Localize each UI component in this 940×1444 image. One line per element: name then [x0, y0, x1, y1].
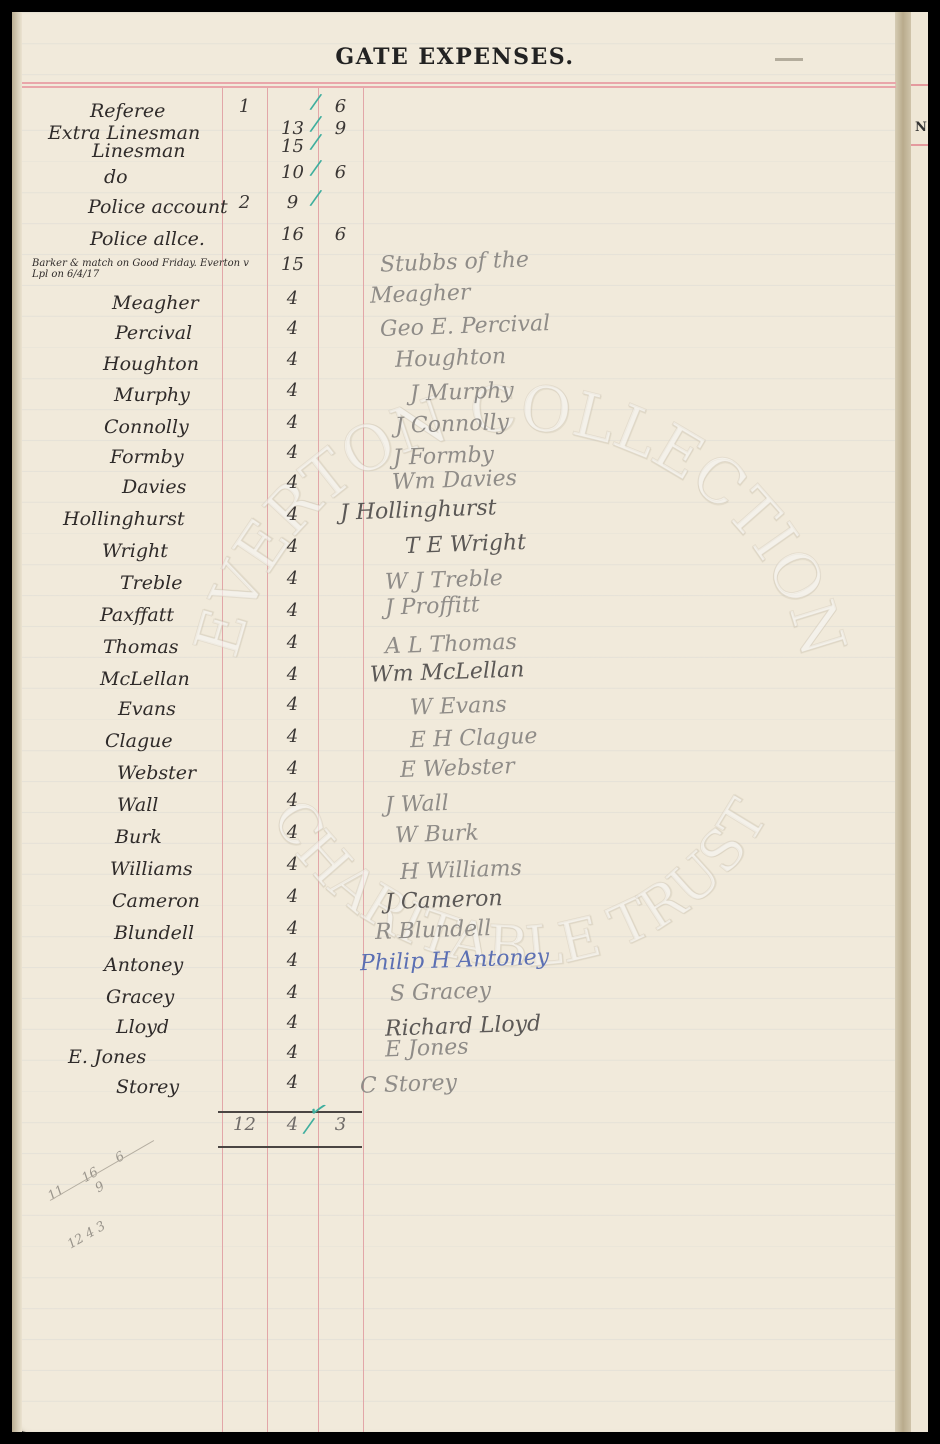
expense-item-name: Evans	[118, 698, 176, 720]
player-signature: J Cameron	[385, 886, 503, 915]
player-signature: S Gracey	[390, 978, 492, 1007]
amount-pounds: 1	[222, 96, 267, 117]
expense-item-name: Gracey	[106, 986, 174, 1008]
expense-item-name: Treble	[120, 572, 182, 594]
expense-item-name: Webster	[117, 762, 196, 784]
amount-shillings: 4	[267, 1072, 318, 1093]
player-signature: J Wall	[385, 791, 450, 818]
expense-item-name: Linesman	[92, 140, 186, 162]
expense-item-name: Formby	[110, 446, 184, 468]
amount-shillings: 15	[267, 254, 318, 275]
amount-shillings: 4	[267, 664, 318, 685]
player-signature: J Connolly	[395, 410, 510, 439]
amount-shillings: 4	[267, 632, 318, 653]
expense-item-name: Williams	[110, 858, 193, 880]
total-pounds: 12	[222, 1114, 267, 1135]
player-signature: A L Thomas	[385, 630, 518, 660]
player-signature: C Storey	[360, 1070, 458, 1098]
player-signature: J Proffitt	[385, 592, 481, 620]
expense-item-name: Connolly	[104, 416, 189, 438]
amount-shillings: 4	[267, 982, 318, 1003]
expense-item-name: Paxffatt	[100, 604, 174, 626]
amount-shillings: 4	[267, 318, 318, 339]
expense-item-name: Murphy	[114, 384, 190, 406]
player-signature: Stubbs of the	[380, 247, 530, 277]
player-signature: E Jones	[385, 1035, 469, 1063]
amount-shillings: 4	[267, 412, 318, 433]
amount-shillings: 4	[267, 1012, 318, 1033]
player-signature: E H Clague	[410, 724, 538, 753]
expense-item-name: Blundell	[114, 922, 194, 944]
expense-item-name: Wright	[102, 540, 168, 562]
expense-item-name: McLellan	[100, 668, 190, 690]
adjacent-page-rule	[911, 144, 928, 146]
amount-pence: 9	[318, 118, 363, 139]
player-signature: Wm Davies	[392, 466, 518, 495]
expense-item-name: Barker & match on Good Friday. Everton v…	[32, 258, 262, 280]
amount-shillings: 4	[267, 918, 318, 939]
amount-shillings: 4	[267, 472, 318, 493]
column-rule-pounds	[222, 88, 223, 1432]
amount-shillings: 4	[267, 504, 318, 525]
header-double-rule	[22, 82, 896, 88]
total-rule-bottom	[218, 1146, 362, 1148]
expense-item-name: Cameron	[112, 890, 200, 912]
ink-mark	[775, 58, 803, 61]
expense-item-name: Police allce.	[90, 228, 205, 250]
amount-pence: 6	[318, 224, 363, 245]
expense-item-name: Antoney	[104, 954, 183, 976]
page-left-edge	[12, 12, 22, 1432]
amount-shillings: 4	[267, 600, 318, 621]
amount-shillings: 4	[267, 288, 318, 309]
amount-shillings: 4	[267, 694, 318, 715]
expense-item-name: Police account	[88, 196, 228, 218]
expense-item-name: Percival	[115, 322, 192, 344]
player-signature: W J Treble	[385, 566, 504, 595]
player-signature: J Murphy	[410, 378, 515, 407]
amount-shillings: 4	[267, 1042, 318, 1063]
expense-item-name: Clague	[105, 730, 173, 752]
amount-shillings: 4	[267, 380, 318, 401]
amount-pence: 6	[318, 162, 363, 183]
column-rule-signatures	[363, 88, 364, 1432]
page-title: GATE EXPENSES.	[0, 44, 920, 70]
expense-item-name: Lloyd	[116, 1016, 169, 1038]
player-signature: Houghton	[395, 344, 507, 373]
expense-item-name: Storey	[116, 1076, 179, 1098]
expense-item-name: Wall	[117, 794, 158, 816]
amount-pence: 6	[318, 96, 363, 117]
player-signature: W Burk	[395, 821, 480, 849]
player-signature: R Blundell	[375, 916, 492, 945]
expense-item-name: Hollinghurst	[63, 508, 185, 530]
expense-item-name: Referee	[90, 100, 165, 122]
expense-item-name: Houghton	[103, 353, 199, 375]
adjacent-page-rule	[911, 84, 928, 86]
amount-shillings: 4	[267, 726, 318, 747]
amount-shillings: 4	[267, 854, 318, 875]
amount-shillings: 4	[267, 886, 318, 907]
player-signature: H Williams	[400, 856, 523, 885]
book-gutter	[895, 12, 911, 1432]
ledger-page	[12, 12, 912, 1432]
expense-item-name: E. Jones	[68, 1046, 146, 1068]
expense-item-name: do	[104, 166, 128, 188]
column-rule-pence	[318, 88, 319, 1432]
amount-shillings: 4	[267, 349, 318, 370]
amount-shillings: 4	[267, 568, 318, 589]
expense-item-name: Burk	[115, 826, 162, 848]
expense-item-name: Davies	[122, 476, 186, 498]
player-signature: E Webster	[400, 754, 515, 783]
amount-shillings: 4	[267, 442, 318, 463]
player-signature: T E Wright	[405, 530, 527, 559]
amount-shillings: 4	[267, 758, 318, 779]
adjacent-page-header-fragment: N	[915, 120, 927, 135]
adjacent-page-strip: N	[911, 12, 928, 1432]
amount-pounds: 2	[222, 192, 267, 213]
amount-shillings: 4	[267, 822, 318, 843]
player-signature: Meagher	[370, 280, 471, 308]
amount-shillings: 4	[267, 950, 318, 971]
amount-shillings: 4	[267, 536, 318, 557]
amount-shillings: 4	[267, 790, 318, 811]
expense-item-name: Thomas	[103, 636, 178, 658]
total-rule-top	[218, 1111, 362, 1113]
expense-item-name: Meagher	[112, 292, 199, 314]
amount-shillings: 16	[267, 224, 318, 245]
player-signature: W Evans	[410, 692, 507, 720]
